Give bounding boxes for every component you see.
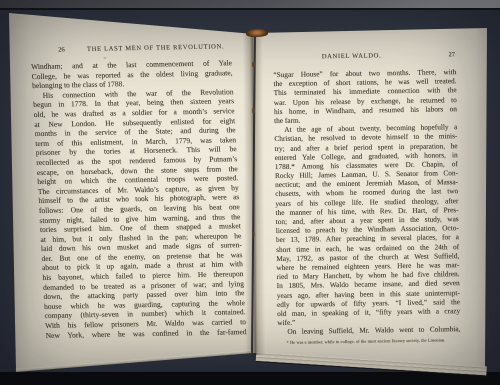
- binding-stitch: [252, 108, 255, 113]
- right-header-title: DANIEL WALDO.: [273, 52, 430, 62]
- left-body-text: Windham; and at the last commencement of…: [31, 58, 247, 340]
- left-header-title: THE LAST MEN OF THE REVOLUTION.: [80, 43, 231, 54]
- book-photo: 26 THE LAST MEN OF THE REVOLUTION. Windh…: [0, 0, 500, 385]
- text-line: On leaving Suffield, Mr. Waldo went to C…: [277, 324, 460, 336]
- table-edge: [0, 0, 500, 10]
- dark-floor: [0, 372, 500, 385]
- left-page-number: 26: [58, 46, 65, 54]
- left-text-block: 26 THE LAST MEN OF THE REVOLUTION. Windh…: [30, 43, 247, 340]
- binding-stitch: [252, 62, 255, 67]
- binding-stitch: [252, 232, 255, 237]
- right-body-text: “Sugar House” for about two months. Ther…: [273, 67, 460, 336]
- right-text-block: DANIEL WALDO. 27 “Sugar House” for about…: [273, 51, 461, 345]
- binding-gutter: [243, 31, 266, 355]
- right-page-number: 27: [448, 51, 455, 59]
- right-running-header: DANIEL WALDO. 27: [273, 51, 456, 62]
